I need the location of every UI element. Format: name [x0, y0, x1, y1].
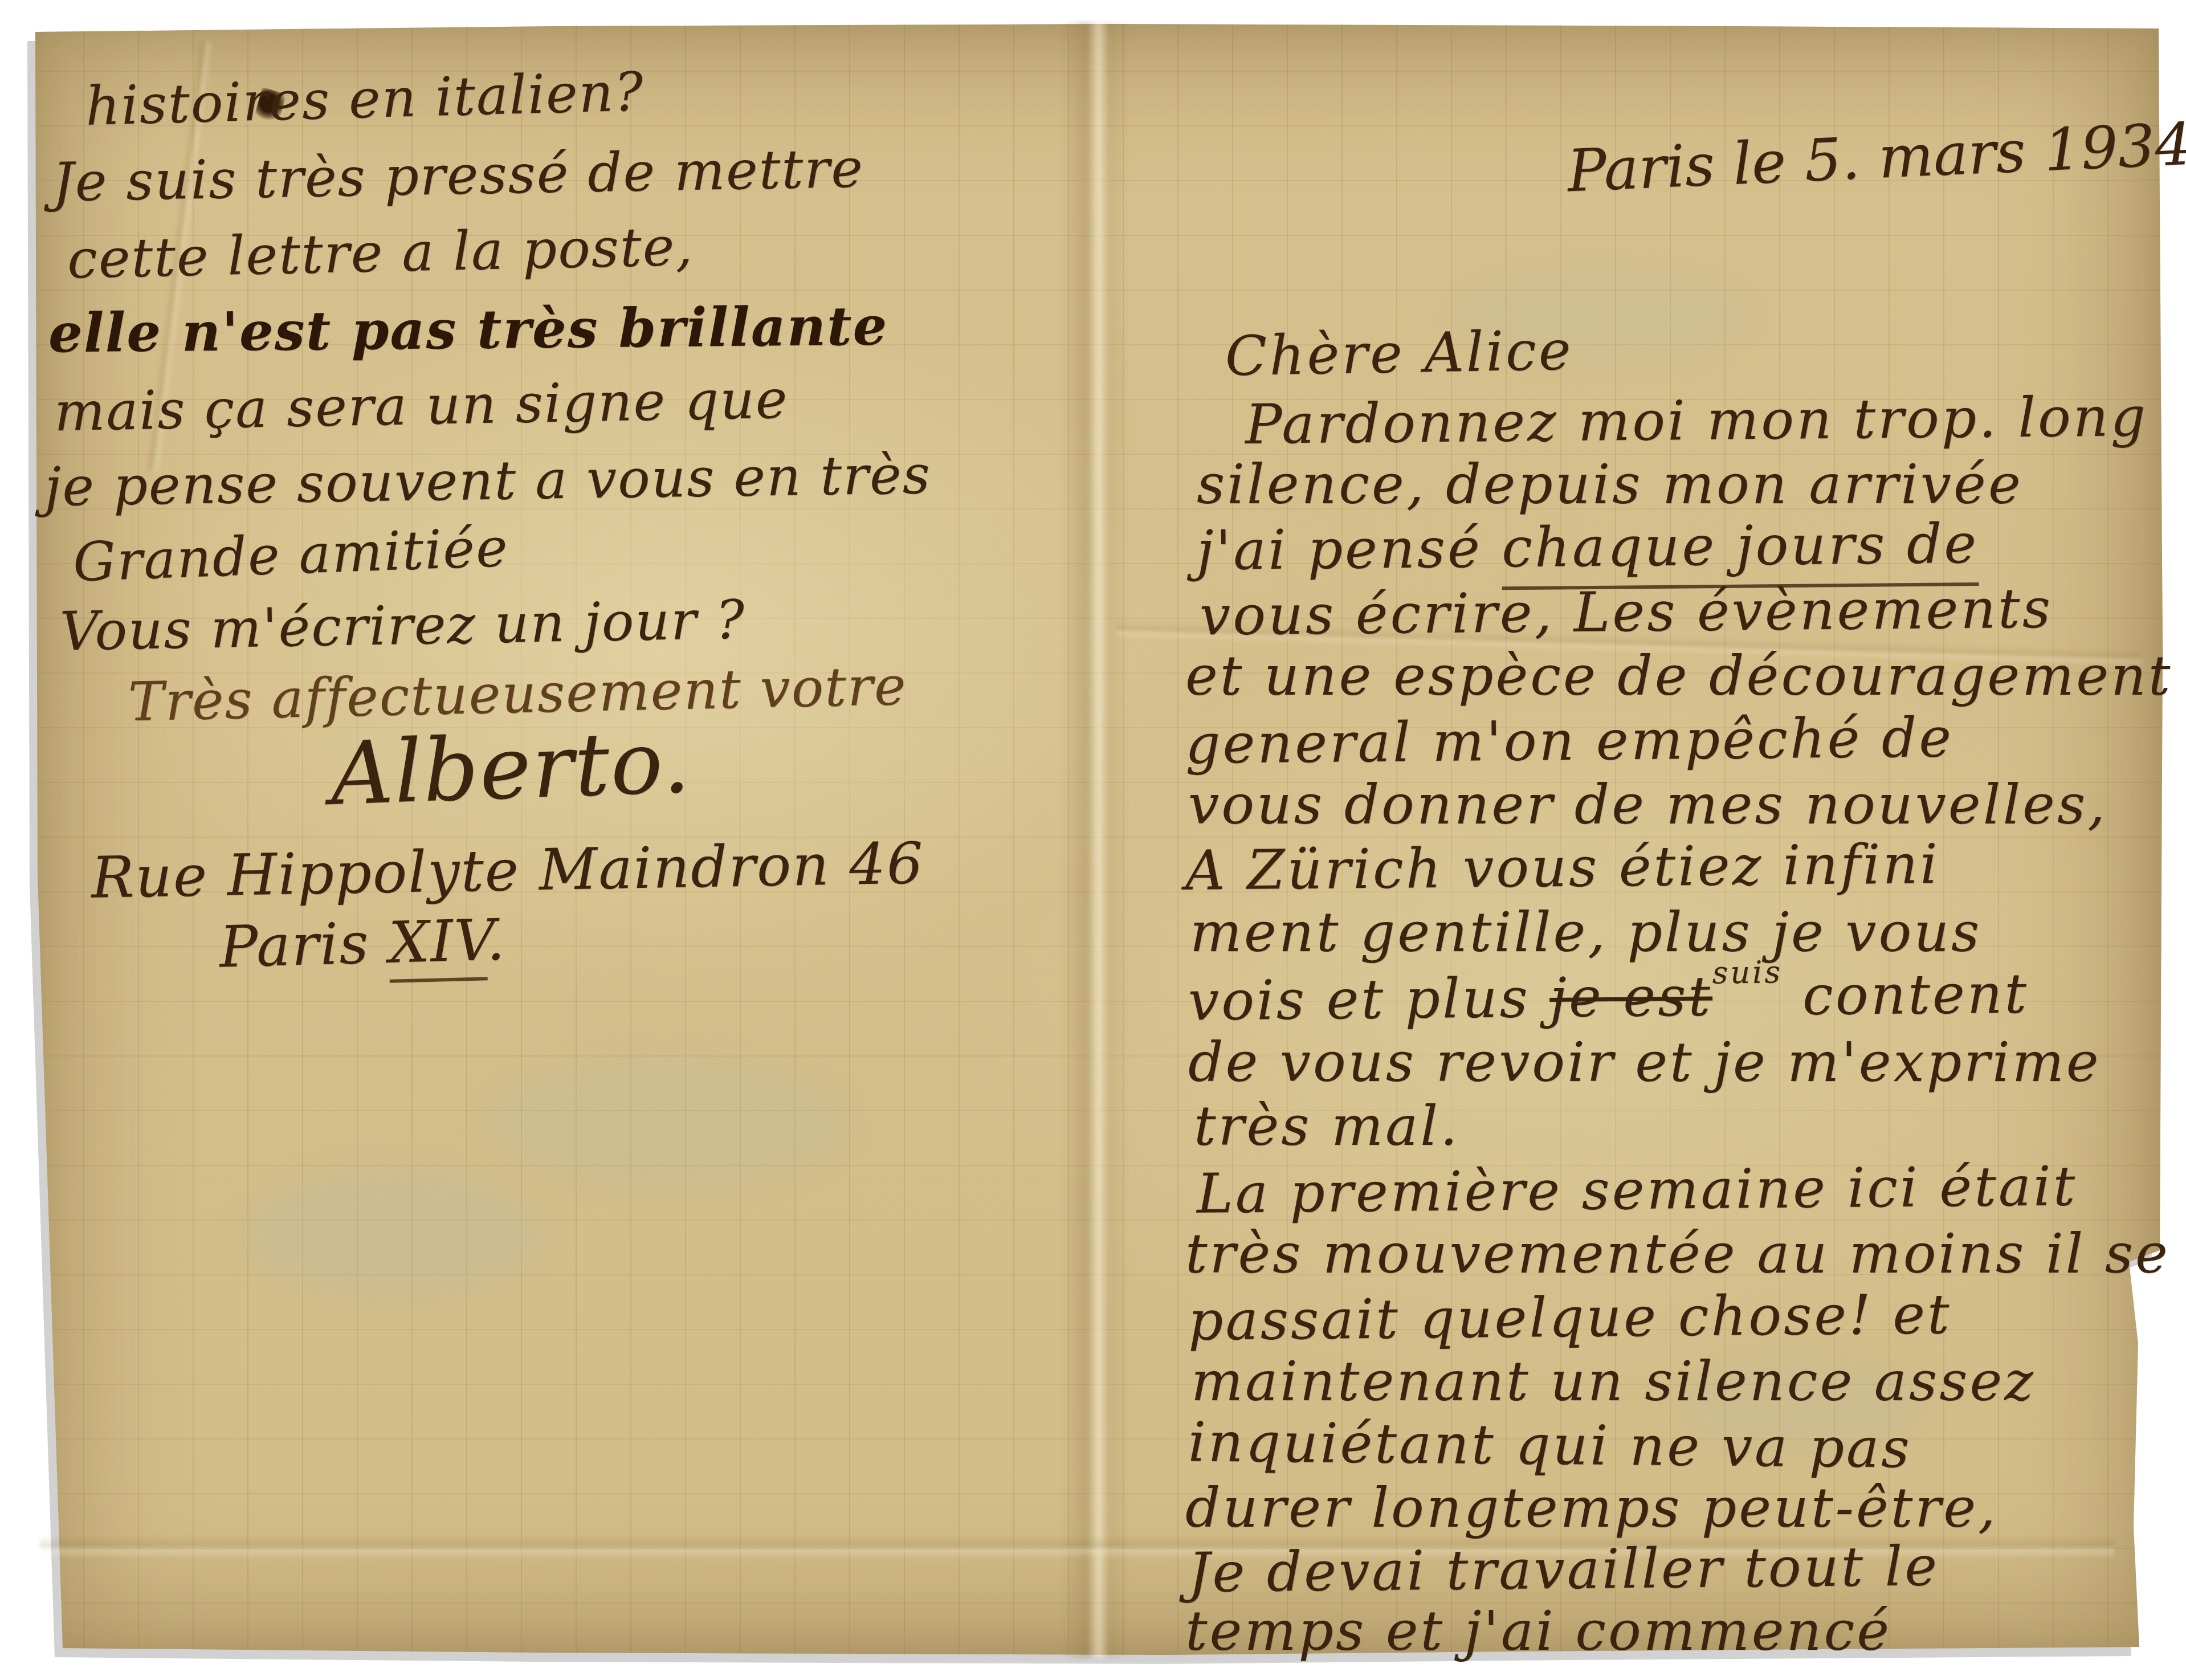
letter-line: vous écrire, Les évènements [1200, 581, 2053, 643]
inserted-word: suis [1712, 957, 1783, 988]
line-fragment: content [1783, 962, 2029, 1028]
letter-line: inquiétant qui ne va pas [1188, 1414, 1912, 1475]
letter-line: histoires en italien? [85, 66, 645, 134]
address-city: Paris [219, 910, 390, 981]
letter-line: Pardonnez moi mon trop. long [1245, 389, 2148, 452]
letter-line: temps et j'ai commencé [1185, 1604, 1891, 1658]
struck-words: je est [1549, 964, 1713, 1029]
letter-line: general m'on empêché de [1185, 710, 1954, 772]
line-fragment: j'ai pensé [1197, 516, 1502, 582]
letter-line: maintenant un silence assez [1191, 1354, 2036, 1409]
letter-line: elle n'est pas très brillante [48, 300, 888, 361]
letter-line: de vous revoir et je m'exprime [1188, 1035, 2101, 1090]
letter-line: La première semaine ici était [1197, 1159, 2078, 1221]
address-period: . [486, 906, 507, 973]
letter-line: et une espèce de découragement [1185, 649, 2172, 703]
letter-line: mais ça sera un signe que [54, 373, 789, 439]
letter-scan: histoires en italien? Je suis très press… [0, 0, 2186, 1680]
center-fold-crease [1061, 22, 1129, 1658]
letter-line: je pense souvent a vous en très [44, 448, 931, 515]
paper-stain [484, 1054, 849, 1191]
paper-stain [245, 1168, 541, 1299]
letter-line: vois et plus je estsuis content [1188, 967, 2029, 1029]
letter-line: vous donner de mes nouvelles, [1188, 777, 2107, 832]
letter-line: ment gentille, plus je vous [1190, 905, 1981, 960]
letter-line: très mal. [1194, 1099, 1460, 1153]
salutation: Chère Alice [1225, 323, 1573, 384]
letter-line: cette lettre a la poste, [67, 221, 694, 287]
address-line: Paris XIV. [219, 911, 507, 976]
letter-line: durer longtemps peut-être, [1185, 1481, 1998, 1535]
letter-line: j'ai pensé chaque jours de [1197, 516, 1979, 578]
letter-line: Je devai travailler tout le [1188, 1539, 1940, 1600]
letter-line: Vous m'écrirez un jour ? [59, 594, 746, 659]
letter-line: passait quelque chose! et [1188, 1287, 1952, 1348]
letter-line: A Zürich vous étiez infini [1185, 837, 1940, 898]
letter-line: silence, depuis mon arrivée [1197, 457, 2023, 512]
letter-line: Grande amitiée [72, 521, 509, 590]
signature: Alberto. [329, 719, 692, 818]
line-fragment: vois et plus [1188, 966, 1550, 1033]
address-district: XIV [388, 907, 488, 982]
letter-line: très mouvementée au moins il se [1185, 1226, 2170, 1281]
letter-line: Je suis très pressé de mettre [52, 142, 864, 210]
address-line: Rue Hippolyte Maindron 46 [91, 835, 924, 906]
